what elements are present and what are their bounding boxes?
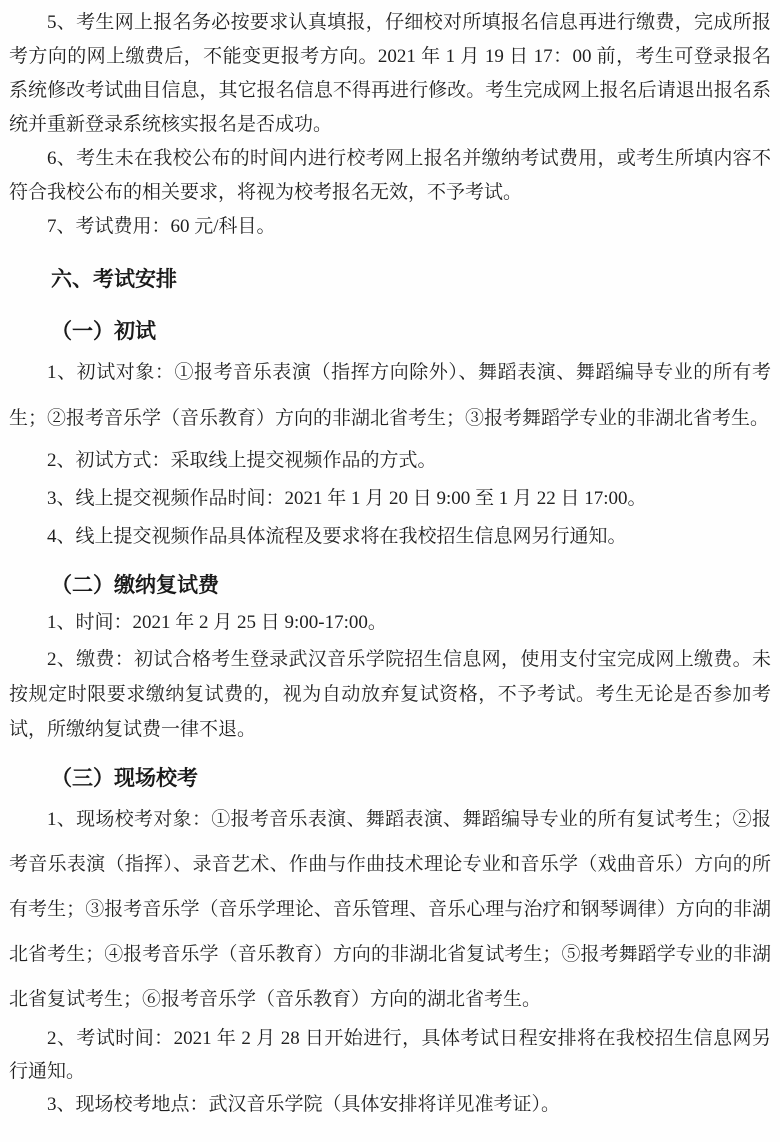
onsite-exam-item-location: 3、现场校考地点：武汉音乐学院（具体安排将详见准考证）。 — [9, 1088, 771, 1121]
section-heading-exam-arrangement: 六、考试安排 — [9, 262, 771, 298]
subsection-heading-onsite-exam: （三）现场校考 — [9, 761, 771, 797]
preliminary-item-video-submission-time: 3、线上提交视频作品时间：2021 年 1 月 20 日 9:00 至 1 月 … — [9, 480, 771, 518]
document-page: 5、考生网上报名务必按要求认真填报，仔细校对所填报名信息再进行缴费，完成所报考方… — [0, 0, 780, 1142]
preliminary-item-method: 2、初试方式：采取线上提交视频作品的方式。 — [9, 442, 771, 480]
clause-7-exam-fee: 7、考试费用：60 元/科目。 — [9, 210, 771, 244]
clause-5-online-registration: 5、考生网上报名务必按要求认真填报，仔细校对所填报名信息再进行缴费，完成所报考方… — [9, 6, 771, 142]
onsite-exam-item-time: 2、考试时间：2021 年 2 月 28 日开始进行，具体考试日程安排将在我校招… — [9, 1022, 771, 1088]
subsection-heading-preliminary-test: （一）初试 — [9, 314, 771, 350]
subsection-heading-retest-fee: （二）缴纳复试费 — [9, 568, 771, 604]
clause-6-invalid-registration: 6、考生未在我校公布的时间内进行校考网上报名并缴纳考试费用，或考生所填内容不符合… — [9, 142, 771, 210]
preliminary-item-targets: 1、初试对象：①报考音乐表演（指挥方向除外）、舞蹈表演、舞蹈编导专业的所有考生；… — [9, 350, 771, 442]
retest-fee-item-payment: 2、缴费：初试合格考生登录武汉音乐学院招生信息网，使用支付宝完成网上缴费。未按规… — [9, 642, 771, 747]
onsite-exam-item-targets: 1、现场校考对象：①报考音乐表演、舞蹈表演、舞蹈编导专业的所有复试考生；②报考音… — [9, 797, 771, 1022]
preliminary-item-video-submission-notice: 4、线上提交视频作品具体流程及要求将在我校招生信息网另行通知。 — [9, 518, 771, 556]
retest-fee-item-time: 1、时间：2021 年 2 月 25 日 9:00-17:00。 — [9, 604, 771, 642]
